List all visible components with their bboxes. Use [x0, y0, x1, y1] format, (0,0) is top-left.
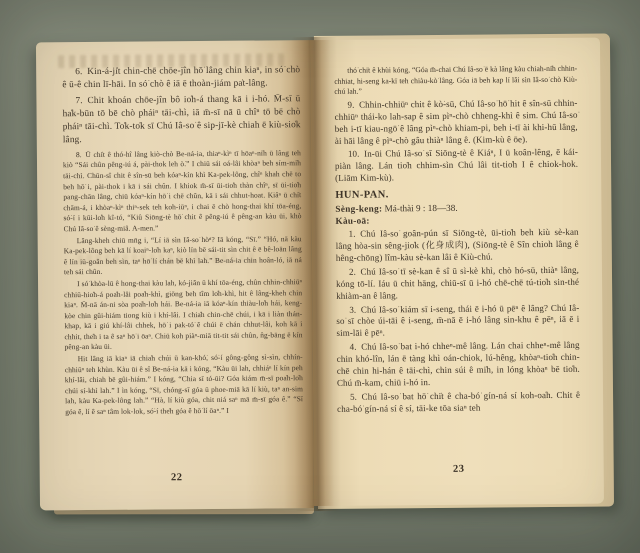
paragraph-8: 8. Ū chi̍t ê thó-hî lâng kiò-chò Be-ná-i… [63, 148, 302, 235]
continuation-paragraph: thó͘ chi̍t ê khùi kóng, “Góa m̄-chai Chú… [334, 64, 577, 98]
lesson-item-1: 1. Chú Iâ-so͘ goân-pún sī Siōng-tè, ūi-t… [336, 227, 579, 265]
paragraph-8-cont-3: Hit lâng iā kiaⁿ iā chia̍h chúi ū kan-kh… [65, 352, 304, 418]
scripture-line: Sèng-keng: Má-thài 9 : 18—38. [335, 202, 578, 214]
right-page-text-column: thó͘ chi̍t ê khùi kóng, “Góa m̄-chai Chú… [334, 64, 580, 418]
left-page-text-column: 6. Kin-á-ji̍t chin-chē chōe-jîn hō͘ lâng… [62, 64, 303, 419]
paragraph-8-cont-2: I só͘ khòa-lū ê hong-thai kàu lah, kó-ji… [64, 277, 303, 353]
lesson-item-2: 2. Chú Iâ-so͘ tī sè-kan ê sî ū sì-kè khì… [336, 265, 579, 303]
paragraph-6: 6. Kin-á-ji̍t chin-chē chōe-jîn hō͘ lâng… [62, 64, 300, 93]
section-heading-hun-pan: HUN-PAN. [335, 188, 578, 201]
open-book: 6. Kin-á-ji̍t chin-chē chōe-jîn hō͘ lâng… [0, 0, 640, 553]
right-page-number: 23 [314, 463, 604, 477]
left-page: 6. Kin-á-ji̍t chin-chē chōe-jîn hō͘ lâng… [36, 40, 314, 510]
lesson-item-3: 3. Chú Iâ-so͘ kiám sī i-seng, thái ē i-h… [336, 302, 579, 340]
scripture-label: Sèng-keng: [335, 204, 382, 214]
paragraph-7: 7. Chit khoán chōe-jîn bô io̍h-á thang k… [62, 93, 300, 148]
lesson-item-5: 5. Chú Iâ-so͘ bat hō͘ chi̍t ê cha-bó͘ gí… [337, 390, 580, 416]
paragraph-10: 10. In-ūi Chú Iâ-so͘ sī Siōng-tè ê Kiáⁿ,… [335, 147, 578, 185]
lesson-label: Kàu-oā: [335, 214, 578, 226]
scripture-reference: Má-thài 9 : 18—38. [385, 203, 458, 214]
lesson-item-4: 4. Chú Iâ-so͘ bat i-hó chheⁿ-mê lâng. Lá… [337, 340, 580, 390]
paragraph-9: 9. Chhin-chhiūⁿ chit ê kò͘-sū, Chú Iâ-so… [334, 98, 577, 148]
book-photo-scene: 6. Kin-á-ji̍t chin-chē chōe-jîn hō͘ lâng… [0, 0, 640, 553]
right-page: thó͘ chi̍t ê khùi kóng, “Góa m̄-chai Chú… [310, 38, 604, 507]
left-page-number: 22 [40, 471, 314, 484]
paragraph-8-cont-1: Lâng-kheh chiū mn̄g i, “Lí iā sìn Iâ-so͘… [64, 234, 302, 278]
